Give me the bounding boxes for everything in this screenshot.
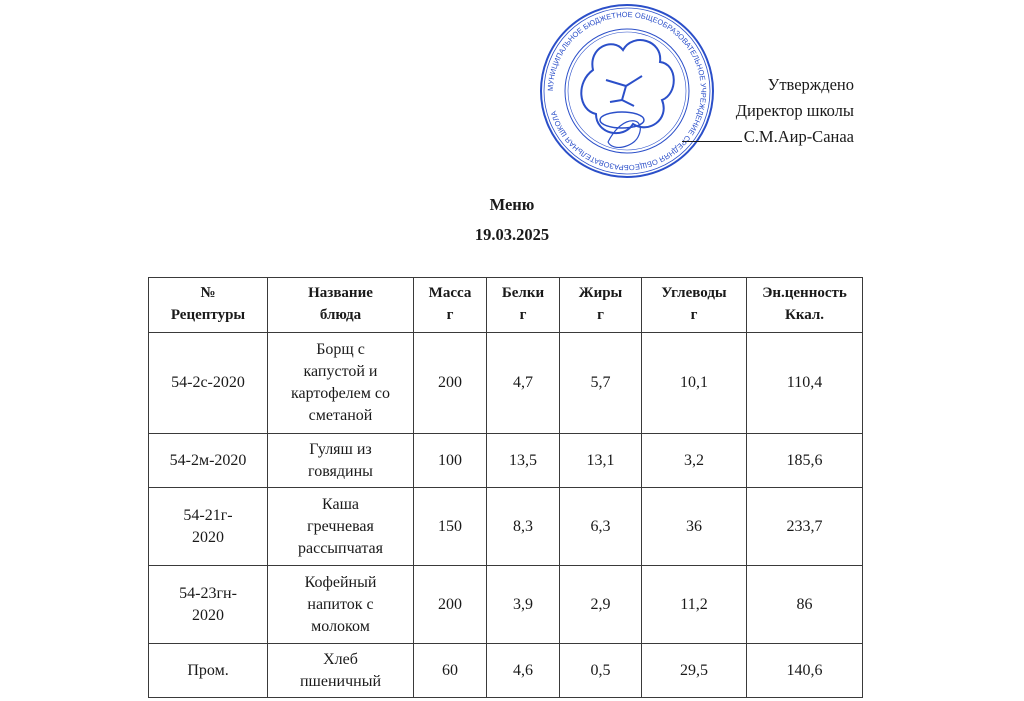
recipe-code-cell: Пром. <box>149 644 268 698</box>
approval-signatory: С.М.Аир-Санаа <box>682 124 854 150</box>
table-row: Пром.Хлебпшеничный604,60,529,5140,6 <box>149 644 863 698</box>
approval-block: Утверждено Директор школы С.М.Аир-Санаа <box>682 72 854 150</box>
protein-cell: 13,5 <box>487 434 560 488</box>
menu-table-body: 54-2с-2020Борщ скапустой икартофелем сос… <box>149 333 863 698</box>
table-row: 54-21г-2020Кашагречневаярассыпчатая1508,… <box>149 488 863 566</box>
fat-cell: 2,9 <box>560 566 642 644</box>
header-mass: Массаг <box>414 278 487 333</box>
approval-position: Директор школы <box>682 98 854 124</box>
header-recipe-number: №Рецептуры <box>149 278 268 333</box>
fat-cell: 6,3 <box>560 488 642 566</box>
approval-heading: Утверждено <box>682 72 854 98</box>
mass-cell: 100 <box>414 434 487 488</box>
carbs-cell: 3,2 <box>642 434 747 488</box>
protein-cell: 3,9 <box>487 566 560 644</box>
mass-cell: 200 <box>414 566 487 644</box>
energy-cell: 185,6 <box>747 434 863 488</box>
header-protein: Белкиг <box>487 278 560 333</box>
recipe-code-cell: 54-2с-2020 <box>149 333 268 434</box>
recipe-code-cell: 54-23гн-2020 <box>149 566 268 644</box>
document-title: Меню <box>0 190 1024 220</box>
mass-cell: 150 <box>414 488 487 566</box>
energy-cell: 110,4 <box>747 333 863 434</box>
dish-name-cell: Кашагречневаярассыпчатая <box>268 488 414 566</box>
document-date: 19.03.2025 <box>0 220 1024 250</box>
carbs-cell: 11,2 <box>642 566 747 644</box>
carbs-cell: 29,5 <box>642 644 747 698</box>
recipe-code-cell: 54-21г-2020 <box>149 488 268 566</box>
dish-name-cell: Хлебпшеничный <box>268 644 414 698</box>
carbs-cell: 36 <box>642 488 747 566</box>
signature-line <box>682 141 742 142</box>
recipe-code-cell: 54-2м-2020 <box>149 434 268 488</box>
protein-cell: 8,3 <box>487 488 560 566</box>
header-energy: Эн.ценностьКкал. <box>747 278 863 333</box>
energy-cell: 140,6 <box>747 644 863 698</box>
menu-table: №Рецептуры Названиеблюда Массаг Белкиг Ж… <box>148 277 863 698</box>
dish-name-cell: Кофейныйнапиток смолоком <box>268 566 414 644</box>
header-carbs: Углеводыг <box>642 278 747 333</box>
protein-cell: 4,6 <box>487 644 560 698</box>
header-fat: Жирыг <box>560 278 642 333</box>
document-title-block: Меню 19.03.2025 <box>0 190 1024 250</box>
table-header-row: №Рецептуры Названиеблюда Массаг Белкиг Ж… <box>149 278 863 333</box>
header-dish-name: Названиеблюда <box>268 278 414 333</box>
protein-cell: 4,7 <box>487 333 560 434</box>
fat-cell: 13,1 <box>560 434 642 488</box>
table-row: 54-2с-2020Борщ скапустой икартофелем сос… <box>149 333 863 434</box>
fat-cell: 5,7 <box>560 333 642 434</box>
mass-cell: 200 <box>414 333 487 434</box>
table-row: 54-23гн-2020Кофейныйнапиток смолоком2003… <box>149 566 863 644</box>
energy-cell: 86 <box>747 566 863 644</box>
dish-name-cell: Гуляш изговядины <box>268 434 414 488</box>
energy-cell: 233,7 <box>747 488 863 566</box>
mass-cell: 60 <box>414 644 487 698</box>
fat-cell: 0,5 <box>560 644 642 698</box>
dish-name-cell: Борщ скапустой икартофелем сосметаной <box>268 333 414 434</box>
table-row: 54-2м-2020Гуляш изговядины10013,513,13,2… <box>149 434 863 488</box>
signatory-name: С.М.Аир-Санаа <box>744 127 854 146</box>
carbs-cell: 10,1 <box>642 333 747 434</box>
